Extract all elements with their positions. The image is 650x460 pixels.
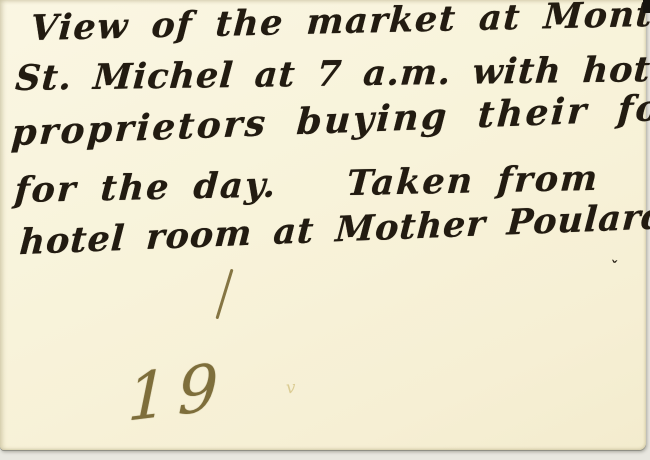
card-corner-notch (643, 0, 650, 13)
pencil-slash-mark (215, 269, 233, 320)
handwritten-line-1: View of the market at Mont (29, 0, 650, 49)
handwritten-caption-card: View of the market at Mont St. Michel at… (0, 0, 646, 450)
pencil-number: 19 (127, 350, 229, 437)
ink-flourish-mark: ˇ (609, 258, 619, 277)
scanned-card-photo: View of the market at Mont St. Michel at… (0, 0, 650, 460)
faint-check-mark: v (285, 378, 296, 399)
